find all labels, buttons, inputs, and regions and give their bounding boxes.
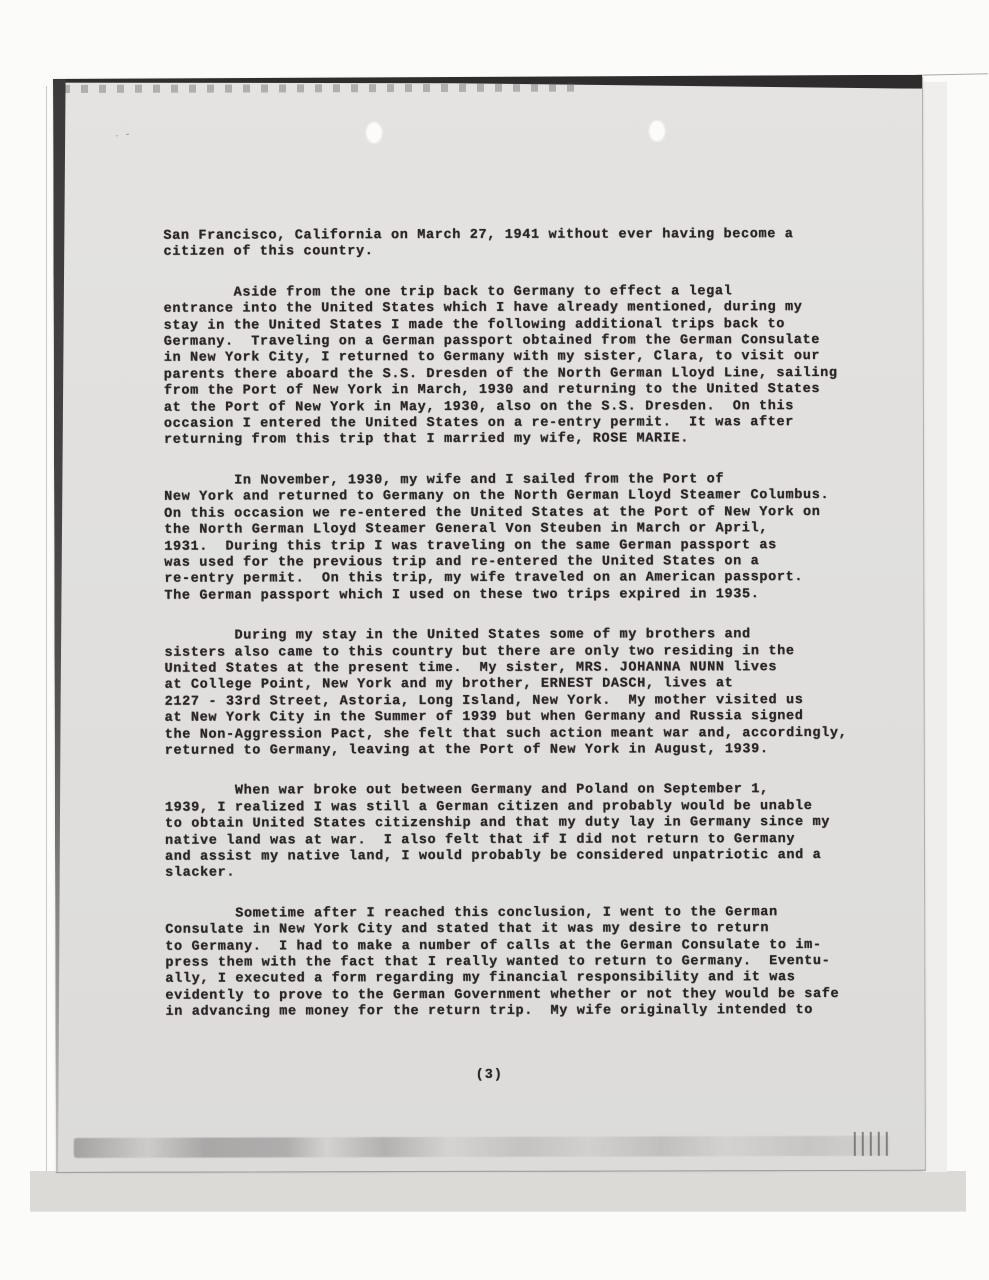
scan-smudge-ticks (854, 1132, 892, 1156)
backing-sheet-strip (30, 1171, 966, 1212)
scan-edge-ticks (63, 84, 583, 93)
stray-pencil-mark: · - (114, 128, 132, 142)
scan-artifact-line (916, 73, 988, 76)
document-page: · - San Francisco, California on March 2… (53, 77, 926, 1173)
page-right-margin-strip (922, 82, 947, 1172)
document-paragraph: When war broke out between Germany and P… (165, 782, 889, 882)
typed-text-block: San Francisco, California on March 27, 1… (163, 227, 889, 1046)
scan-left-edge-band (53, 79, 70, 1172)
document-paragraph: During my stay in the United States some… (164, 627, 888, 760)
document-paragraph: Aside from the one trip back to Germany … (164, 284, 888, 450)
page-number: (3) (476, 1068, 503, 1083)
hole-punch-left (366, 122, 382, 143)
document-paragraph: San Francisco, California on March 27, 1… (163, 227, 887, 262)
document-paragraph: Sometime after I reached this conclusion… (165, 905, 889, 1022)
scan-smudge-band (74, 1136, 890, 1158)
hole-punch-right (649, 120, 665, 141)
scan-edge-line (46, 86, 47, 1211)
document-paragraph: In November, 1930, my wife and I sailed … (164, 472, 888, 605)
scanned-document-canvas: · - San Francisco, California on March 2… (0, 0, 989, 1280)
